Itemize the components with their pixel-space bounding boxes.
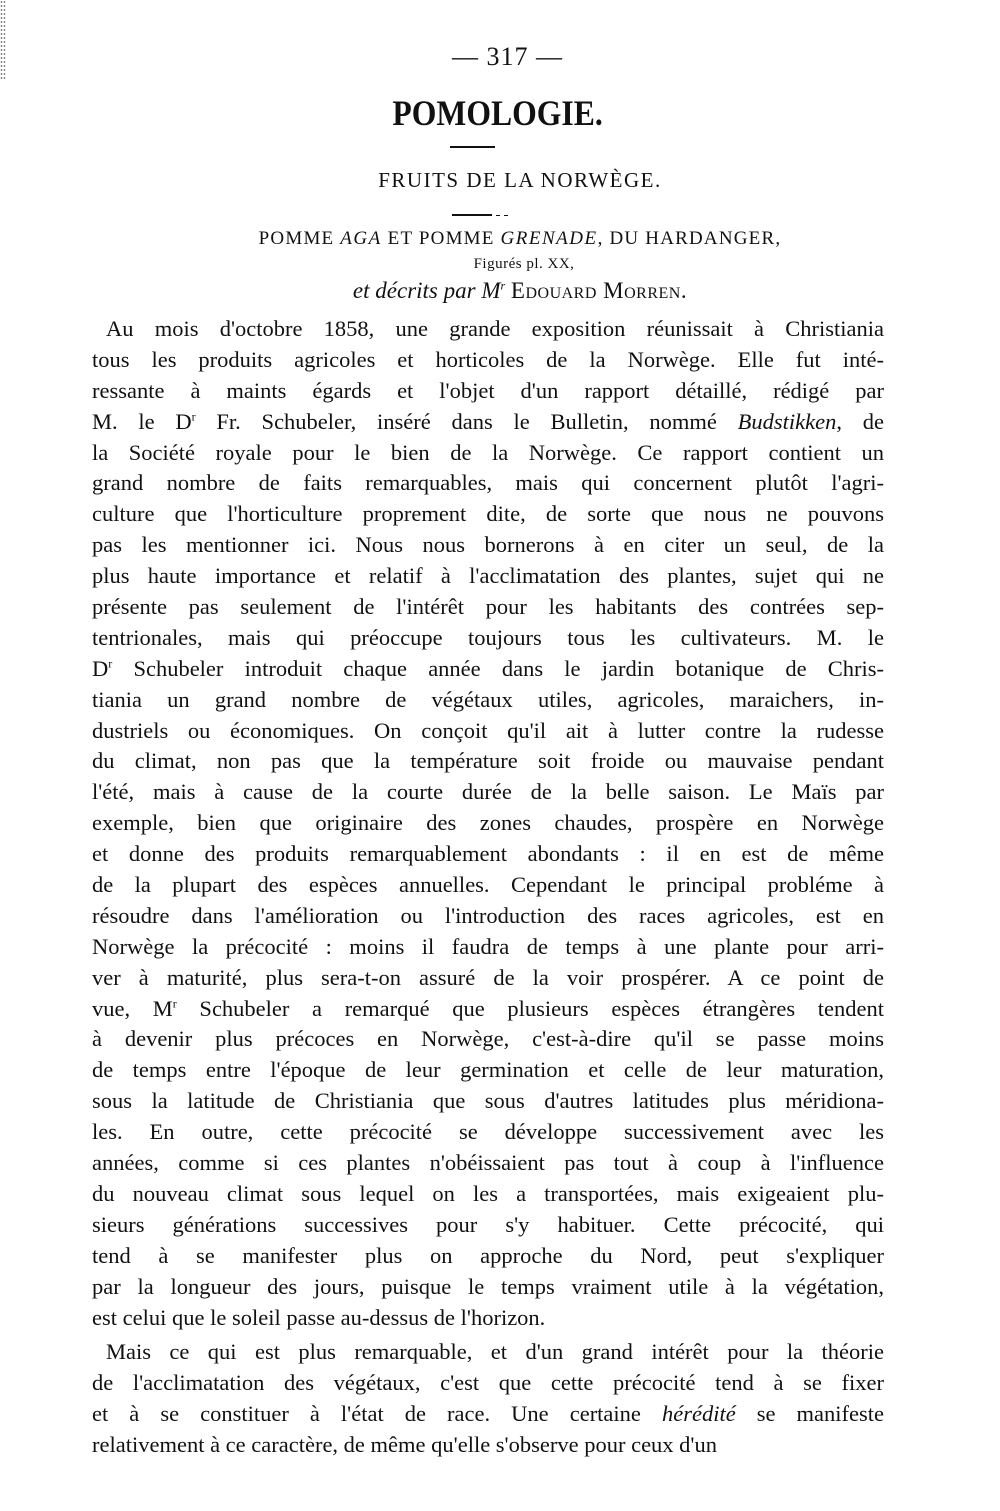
- text-line: présente pas seulement de l'intérêt pour…: [92, 592, 884, 623]
- text-line: M. le Dr Fr. Schubeler, inséré dans le B…: [92, 407, 884, 438]
- text-line: résoudre dans l'amélioration ou l'introd…: [92, 901, 884, 932]
- text-line: vue, Mr Schubeler a remarqué que plusieu…: [92, 994, 884, 1025]
- paragraph: Au mois d'octobre 1858, une grande expos…: [92, 314, 884, 1333]
- text-line: tend à se manifester plus on approche du…: [92, 1241, 884, 1272]
- text-line: Mais ce qui est plus remarquable, et d'u…: [92, 1337, 884, 1368]
- subtitle-divider-dot: [504, 215, 508, 216]
- text-line: tentrionales, mais qui préoccupe toujour…: [92, 623, 884, 654]
- text-line: relativement à ce caractère, de même qu'…: [92, 1430, 884, 1461]
- page-number-text: — 317 —: [452, 42, 563, 72]
- text-line: du nouveau climat sous lequel on les a t…: [92, 1179, 884, 1210]
- article-title-part: , DU HARDANGER,: [598, 228, 782, 249]
- body-text: Au mois d'octobre 1858, une grande expos…: [92, 314, 884, 1461]
- text-line: de la plupart des espèces annuelles. Cep…: [92, 870, 884, 901]
- text-line: grand nombre de faits remarquables, mais…: [92, 468, 884, 499]
- text-line: années, comme si ces plantes n'obéissaie…: [92, 1148, 884, 1179]
- text-line: est celui que le soleil passe au-dessus …: [92, 1303, 884, 1334]
- byline-sup: r: [500, 278, 505, 292]
- byline-author: Edouard Morren.: [511, 278, 687, 303]
- text-line: et donne des produits remarquablement ab…: [92, 839, 884, 870]
- text-line: ressante à maints égards et l'objet d'un…: [92, 376, 884, 407]
- text-line: la Société royale pour le bien de la Nor…: [92, 438, 884, 469]
- text-line: de temps entre l'époque de leur germinat…: [92, 1055, 884, 1086]
- text-line: l'été, mais à cause de la courte durée d…: [92, 777, 884, 808]
- article-title-part: ET POMME: [382, 228, 501, 249]
- text-line: les. En outre, cette précocité se dévelo…: [92, 1117, 884, 1148]
- text-line: tous les produits agricoles et horticole…: [92, 345, 884, 376]
- paragraph: Mais ce qui est plus remarquable, et d'u…: [92, 1337, 884, 1461]
- article-title: POMME AGA ET POMME GRENADE, DU HARDANGER…: [0, 228, 1000, 250]
- text-line: par la longueur des jours, puisque le te…: [92, 1272, 884, 1303]
- text-line: Au mois d'octobre 1858, une grande expos…: [92, 314, 884, 345]
- text-line: à devenir plus précoces en Norwège, c'es…: [92, 1024, 884, 1055]
- text-line: du climat, non pas que la température so…: [92, 746, 884, 777]
- text-line: et à se constituer à l'état de race. Une…: [92, 1399, 884, 1430]
- text-line: pas les mentionner ici. Nous nous borner…: [92, 530, 884, 561]
- text-line: sieurs générations successives pour s'y …: [92, 1210, 884, 1241]
- byline: et décrits par Mr Edouard Morren.: [0, 278, 1000, 304]
- title-divider: [450, 146, 495, 148]
- text-line: ver à maturité, plus sera-t-on assuré de…: [92, 963, 884, 994]
- article-title-grenade: GRENADE: [501, 228, 598, 249]
- figures-note: Figurés pl. XX,: [0, 256, 1000, 273]
- subtitle-divider-dot: [496, 215, 500, 216]
- byline-prefix: et décrits par M: [353, 278, 501, 303]
- text-line: de l'acclimatation des végétaux, c'est q…: [92, 1368, 884, 1399]
- subtitle-divider: [452, 214, 492, 216]
- article-title-part: POMME: [259, 228, 341, 249]
- section-title: POMOLOGIE.: [58, 92, 938, 134]
- text-line: plus haute importance et relatif à l'acc…: [92, 561, 884, 592]
- page-number: — 317 —: [0, 42, 1000, 72]
- text-line: sous la latitude de Christiania que sous…: [92, 1086, 884, 1117]
- text-line: tiania un grand nombre de végétaux utile…: [92, 685, 884, 716]
- text-line: Norwège la précocité : moins il faudra d…: [92, 932, 884, 963]
- text-line: exemple, bien que originaire des zones c…: [92, 808, 884, 839]
- text-line: culture que l'horticulture proprement di…: [92, 499, 884, 530]
- text-line: dustriels ou économiques. On conçoit qu'…: [92, 716, 884, 747]
- article-title-aga: AGA: [340, 228, 381, 249]
- subtitle: FRUITS DE LA NORWÈGE.: [0, 168, 1000, 193]
- text-line: Dr Schubeler introduit chaque année dans…: [92, 654, 884, 685]
